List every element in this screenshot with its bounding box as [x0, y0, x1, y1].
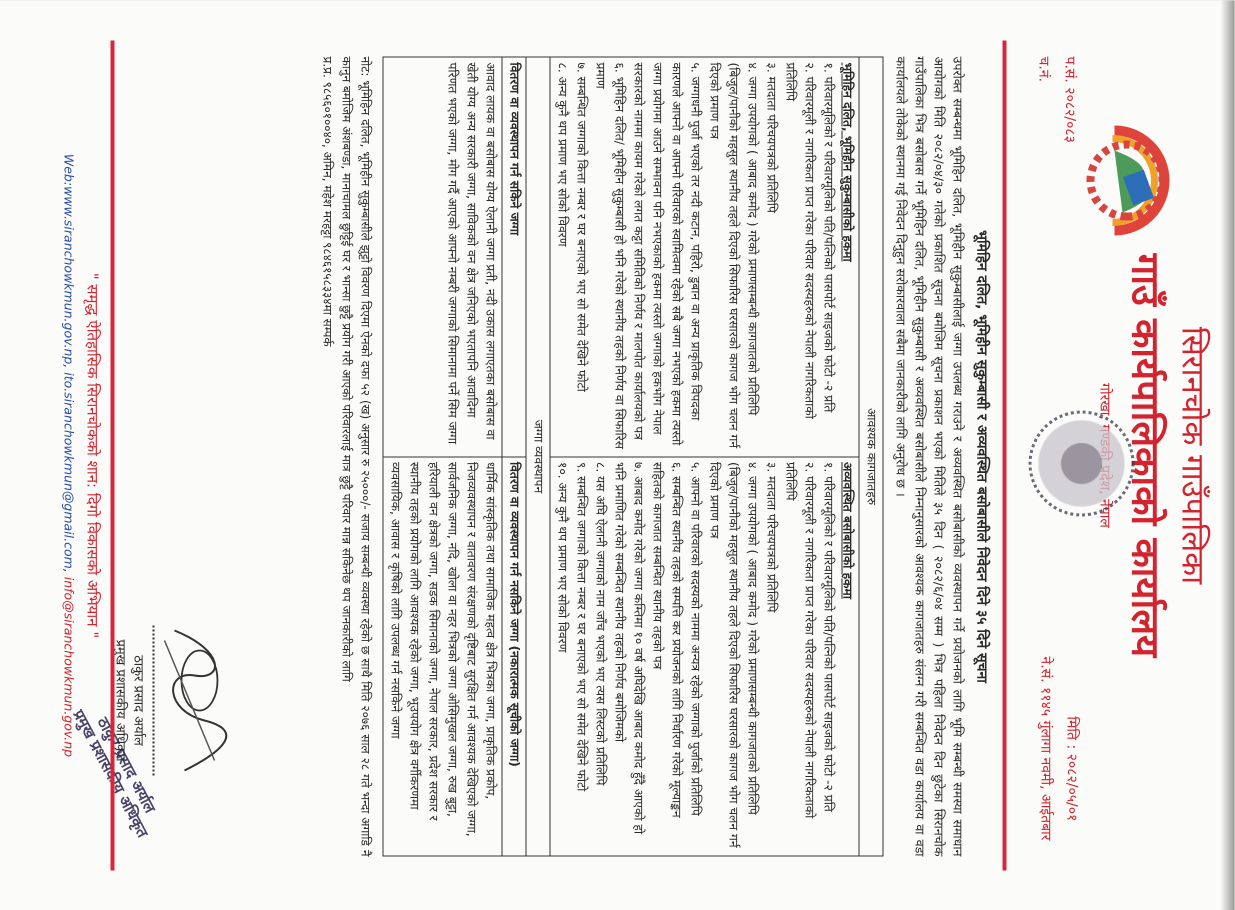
- notice-body: भूमिहिन दलित, भूमिहीन सुकुम्बासी र अव्यव…: [318, 57, 995, 857]
- informal-document-item: ६. सम्बन्धित स्थानीय तहको सम्पत्ति कर प्…: [648, 462, 686, 851]
- distributable-land-header: वितरण वा व्यवस्थापन गर्न सकिने जग्गा: [502, 57, 526, 457]
- website-link[interactable]: Web:www.siranchowkmun.gov.np,: [62, 154, 77, 368]
- landless-document-item: ४. जग्गा उपयोगको ( आबाद कमोद ) गरेको प्र…: [705, 63, 762, 452]
- signature-icon: [155, 621, 235, 781]
- landless-document-item: ५. जग्गाधनी पुर्जा भएको तर नदी कटान, पहि…: [629, 63, 705, 452]
- landless-documents-list: १. परिवारमूलिको र परिवारमूलिको पति/पत्नि…: [553, 63, 838, 452]
- ref-no-value: २०८२/०८३: [1062, 87, 1078, 143]
- informal-document-item: ५. आफ्नो वा परिवारको सदस्यको नाममा अन्यत…: [686, 462, 705, 851]
- org-name: सिरानचोक गाउँपालिका: [1173, 1, 1215, 910]
- email-link-ito[interactable]: ito.siranchowkmun@gmail.com,: [62, 372, 77, 573]
- date-block: मिति : २०८२/०५/०१ ने.सं. ११४५ गुंलागा नव…: [1033, 656, 1085, 840]
- landless-document-item: ७. सम्बन्धित जग्गाको कित्ता नम्बर र घर ब…: [572, 63, 591, 452]
- informal-document-item: ८. यस अघि ऐलानी जग्गाको नाम जाँच भएको भए…: [591, 462, 610, 851]
- landless-document-item: २. परिवारमूली र नागरिकता प्राप्त गरेका प…: [781, 63, 819, 452]
- distributable-land-text: आवाद लायक वा बसोबास योग्य ऐलानी जग्गा प्…: [383, 57, 502, 457]
- informal-document-item: १. परिवारमूलिको र परिवारमूलिको पति/पत्नि…: [819, 462, 838, 851]
- notice-title: भूमिहिन दलित, भूमिहीन सुकुम्बासी र अव्यव…: [972, 57, 991, 857]
- requirements-table: आवश्यक कागजातहरु भूमिहिन दलित, भूमिहीन स…: [383, 57, 884, 857]
- informal-document-item: ४. जग्गा उपयोगको ( आबाद कमोद ) गरेको प्र…: [705, 462, 762, 851]
- footer-slogan: " समृद्ध ऐतिहासिक सिरानचोकको शान: दिगो व…: [83, 1, 103, 910]
- header-divider: [1003, 41, 1007, 871]
- notice-page: सिरानचोक गाउँपालिका गाउँ कार्यपालिकाको क…: [0, 1, 1235, 910]
- landless-document-item: ३. मतदाता परिचयपत्रको प्रतिलिपि: [762, 63, 781, 452]
- landless-column-header: भूमिहिन दलित, भूमिहीन सुकुम्बासीको हकमा: [838, 63, 857, 452]
- footer-contact: Web:www.siranchowkmun.gov.np, ito.siranc…: [62, 1, 77, 910]
- informal-column-header: अव्यवस्थित बसोबासीको हकमा: [838, 462, 857, 851]
- informal-documents-list: १. परिवारमूलिको र परिवारमूलिको पति/पत्नि…: [553, 462, 838, 851]
- note-text: नोट: भूमिहिन दलित, भूमिहीन सुकुम्बासीले …: [340, 57, 373, 857]
- landless-document-item: ६. भूमिहिन दलित/ भूमिहीन सुकुम्बासी हो भ…: [591, 63, 629, 452]
- email-link-info[interactable]: info@siranchowkmun.gov.np: [62, 577, 77, 757]
- dispatch-no-label: च.नं.: [1036, 57, 1052, 83]
- section-header-land-management: जग्गा व्यवस्थापन: [526, 57, 550, 856]
- informal-document-item: २. परिवारमूली र नागरिकता प्राप्त गरेका प…: [781, 462, 819, 851]
- ref-no-label: प.सं.: [1062, 57, 1078, 83]
- nepal-samvat-date: ने.सं. ११४५ गुंलागा नवमी, आईतबार: [1033, 656, 1059, 840]
- non-distributable-land-text: धार्मिक सांस्कृतिक तथा सामाजिक महत्व क्ष…: [383, 457, 502, 857]
- signature-scribble: [155, 601, 225, 801]
- informal-document-item: ३. मतदाता परिचयपत्रको प्रतिलिपि: [762, 462, 781, 851]
- date-value: २०८२/०५/०१: [1064, 754, 1080, 822]
- date-label: मिति :: [1064, 716, 1080, 749]
- office-seal-stamp: [1029, 411, 1135, 517]
- non-distributable-land-header: वितरण वा व्यवस्थापन गर्न नसकिने जग्गा (न…: [502, 457, 526, 857]
- reference-block: प.सं. २०८२/०८३ च.नं.: [1031, 57, 1083, 143]
- notice-intro: उपरोक्त सम्बन्धमा भूमिहिन दलित, भूमिहीन …: [892, 57, 968, 857]
- landless-document-item: ८. अन्य कुनै थप प्रमाण भए सोको विवरण: [553, 63, 572, 452]
- section-header-documents: आवश्यक कागजातहरु: [859, 57, 883, 856]
- informal-document-item: ७. आबाद कमोद गरेको जग्गा कम्तिमा १० वर्ष…: [610, 462, 648, 851]
- footer-divider: [111, 41, 115, 871]
- note-contact: प्र.प्र. ९८५६०१००४०, अमिन, महेश मरहट्टा …: [321, 57, 335, 347]
- letterhead: सिरानचोक गाउँपालिका गाउँ कार्यपालिकाको क…: [1000, 1, 1235, 910]
- landless-document-item: १. परिवारमूलिको र परिवारमूलिको पति/पत्नि…: [819, 63, 838, 452]
- informal-document-item: ९. सम्बन्धित जग्गाको कित्ता नम्बर र घर ब…: [572, 462, 591, 851]
- footer-note: नोट: भूमिहिन दलित, भूमिहीन सुकुम्बासीले …: [318, 57, 375, 857]
- informal-document-item: १०. अन्य कुनै थप प्रमाण भए सोको विवरण: [553, 462, 572, 851]
